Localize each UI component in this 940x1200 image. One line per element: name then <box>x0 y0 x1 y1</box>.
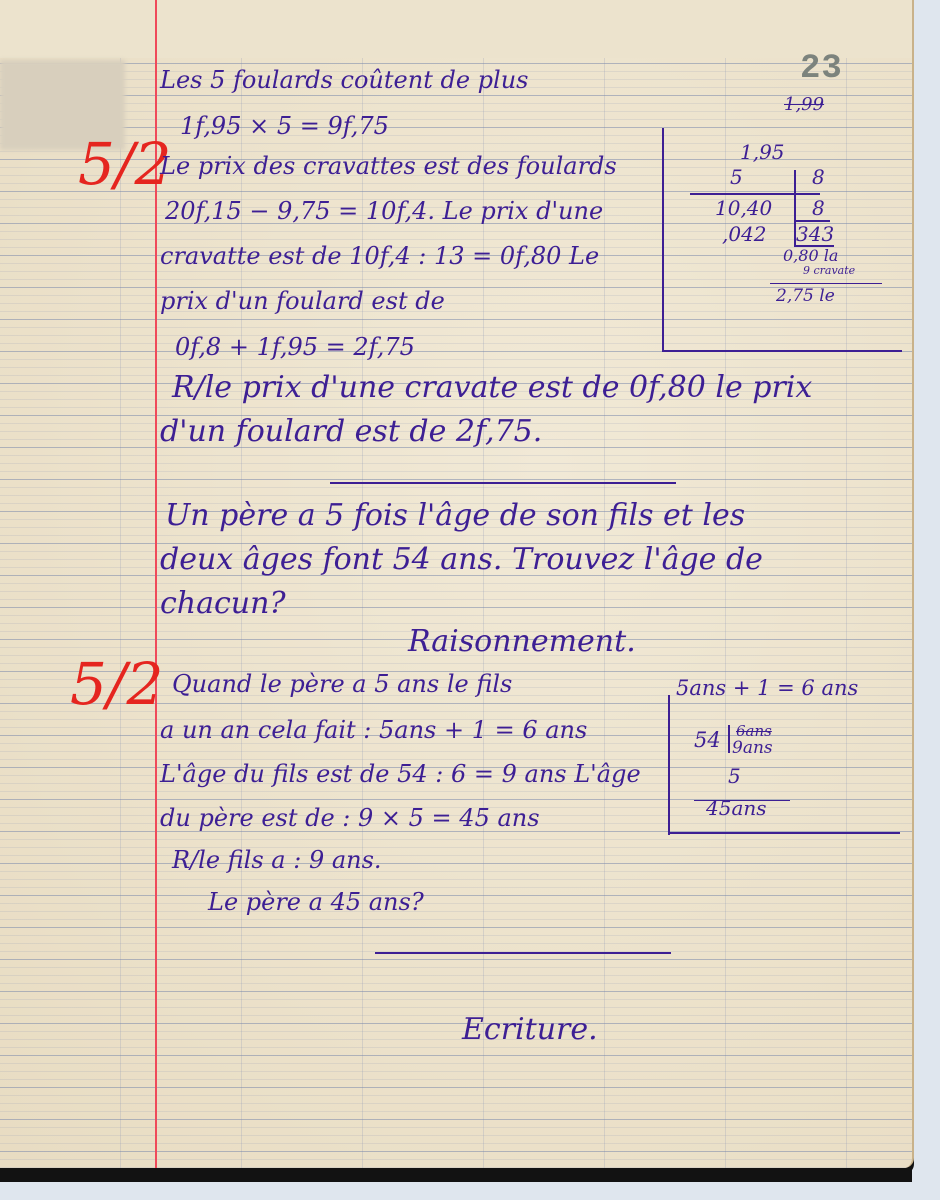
calc-line: 0,80 la <box>783 246 838 265</box>
text-line: 20f,15 − 9,75 = 10f,4. Le prix d'une <box>165 197 603 225</box>
text-line: Les 5 foulards coûtent de plus <box>160 66 528 94</box>
calc-struck: 1,99 <box>784 94 824 115</box>
text-line: du père est de : 9 × 5 = 45 ans <box>160 804 540 832</box>
grade-mark-2: 5/2 <box>70 650 163 718</box>
text-line: Le prix des cravattes est des foulards <box>160 152 617 180</box>
calc-line: 5ans + 1 = 6 ans <box>676 676 858 700</box>
section-heading: Raisonnement. <box>408 624 636 659</box>
calc-box-border <box>662 350 902 352</box>
answer-line: d'un foulard est de 2f,75. <box>160 414 542 449</box>
calc-line: 5 <box>730 165 743 189</box>
text-line: 0f,8 + 1f,95 = 2f,75 <box>175 333 415 361</box>
calc-line: 9 cravate <box>803 264 855 277</box>
problem-statement: deux âges font 54 ans. Trouvez l'âge de <box>160 542 763 577</box>
calc-line: 2,75 le <box>776 286 835 306</box>
next-section-heading: Ecriture. <box>462 1012 598 1047</box>
calc-box-border <box>668 832 900 834</box>
page-edge-shadow <box>0 1168 912 1182</box>
calc-line: 10,40 <box>715 196 772 220</box>
calc-line: 8 <box>812 165 825 189</box>
section-divider <box>330 482 676 484</box>
text-line: prix d'un foulard est de <box>160 287 445 315</box>
text-line: L'âge du fils est de 54 : 6 = 9 ans L'âg… <box>160 760 641 788</box>
problem-statement: Un père a 5 fois l'âge de son fils et le… <box>165 498 745 533</box>
calc-box-border <box>668 695 670 835</box>
text-line: a un an cela fait : 5ans + 1 = 6 ans <box>160 716 587 744</box>
calc-line: 54 <box>694 728 721 752</box>
grade-mark-1: 5/2 <box>78 130 171 198</box>
problem-statement: chacun? <box>160 586 286 621</box>
answer-line: R/le prix d'une cravate est de 0f,80 le … <box>172 370 812 405</box>
text-line: 1f,95 × 5 = 9f,75 <box>180 112 389 140</box>
calc-line: 343 <box>796 222 834 246</box>
text-line: cravatte est de 10f,4 : 13 = 0f,80 Le <box>160 242 599 270</box>
page-number: 23 <box>800 50 843 88</box>
calc-line: 5 <box>728 764 741 788</box>
page-top-band <box>0 0 912 58</box>
calc-line: ,042 <box>722 222 767 246</box>
calc-box-border <box>662 128 664 352</box>
calc-rule <box>728 725 730 753</box>
calc-line: 1,95 <box>740 140 785 164</box>
calc-rule <box>770 283 882 284</box>
calc-rule <box>690 193 820 195</box>
calc-line: 8 <box>812 196 825 220</box>
section-divider <box>375 952 671 954</box>
answer-line: R/le fils a : 9 ans. <box>172 846 382 874</box>
text-line: Quand le père a 5 ans le fils <box>172 670 512 698</box>
calc-line: 45ans <box>706 796 767 820</box>
calc-line: 9ans <box>732 738 773 758</box>
answer-line: Le père a 45 ans? <box>208 888 424 916</box>
